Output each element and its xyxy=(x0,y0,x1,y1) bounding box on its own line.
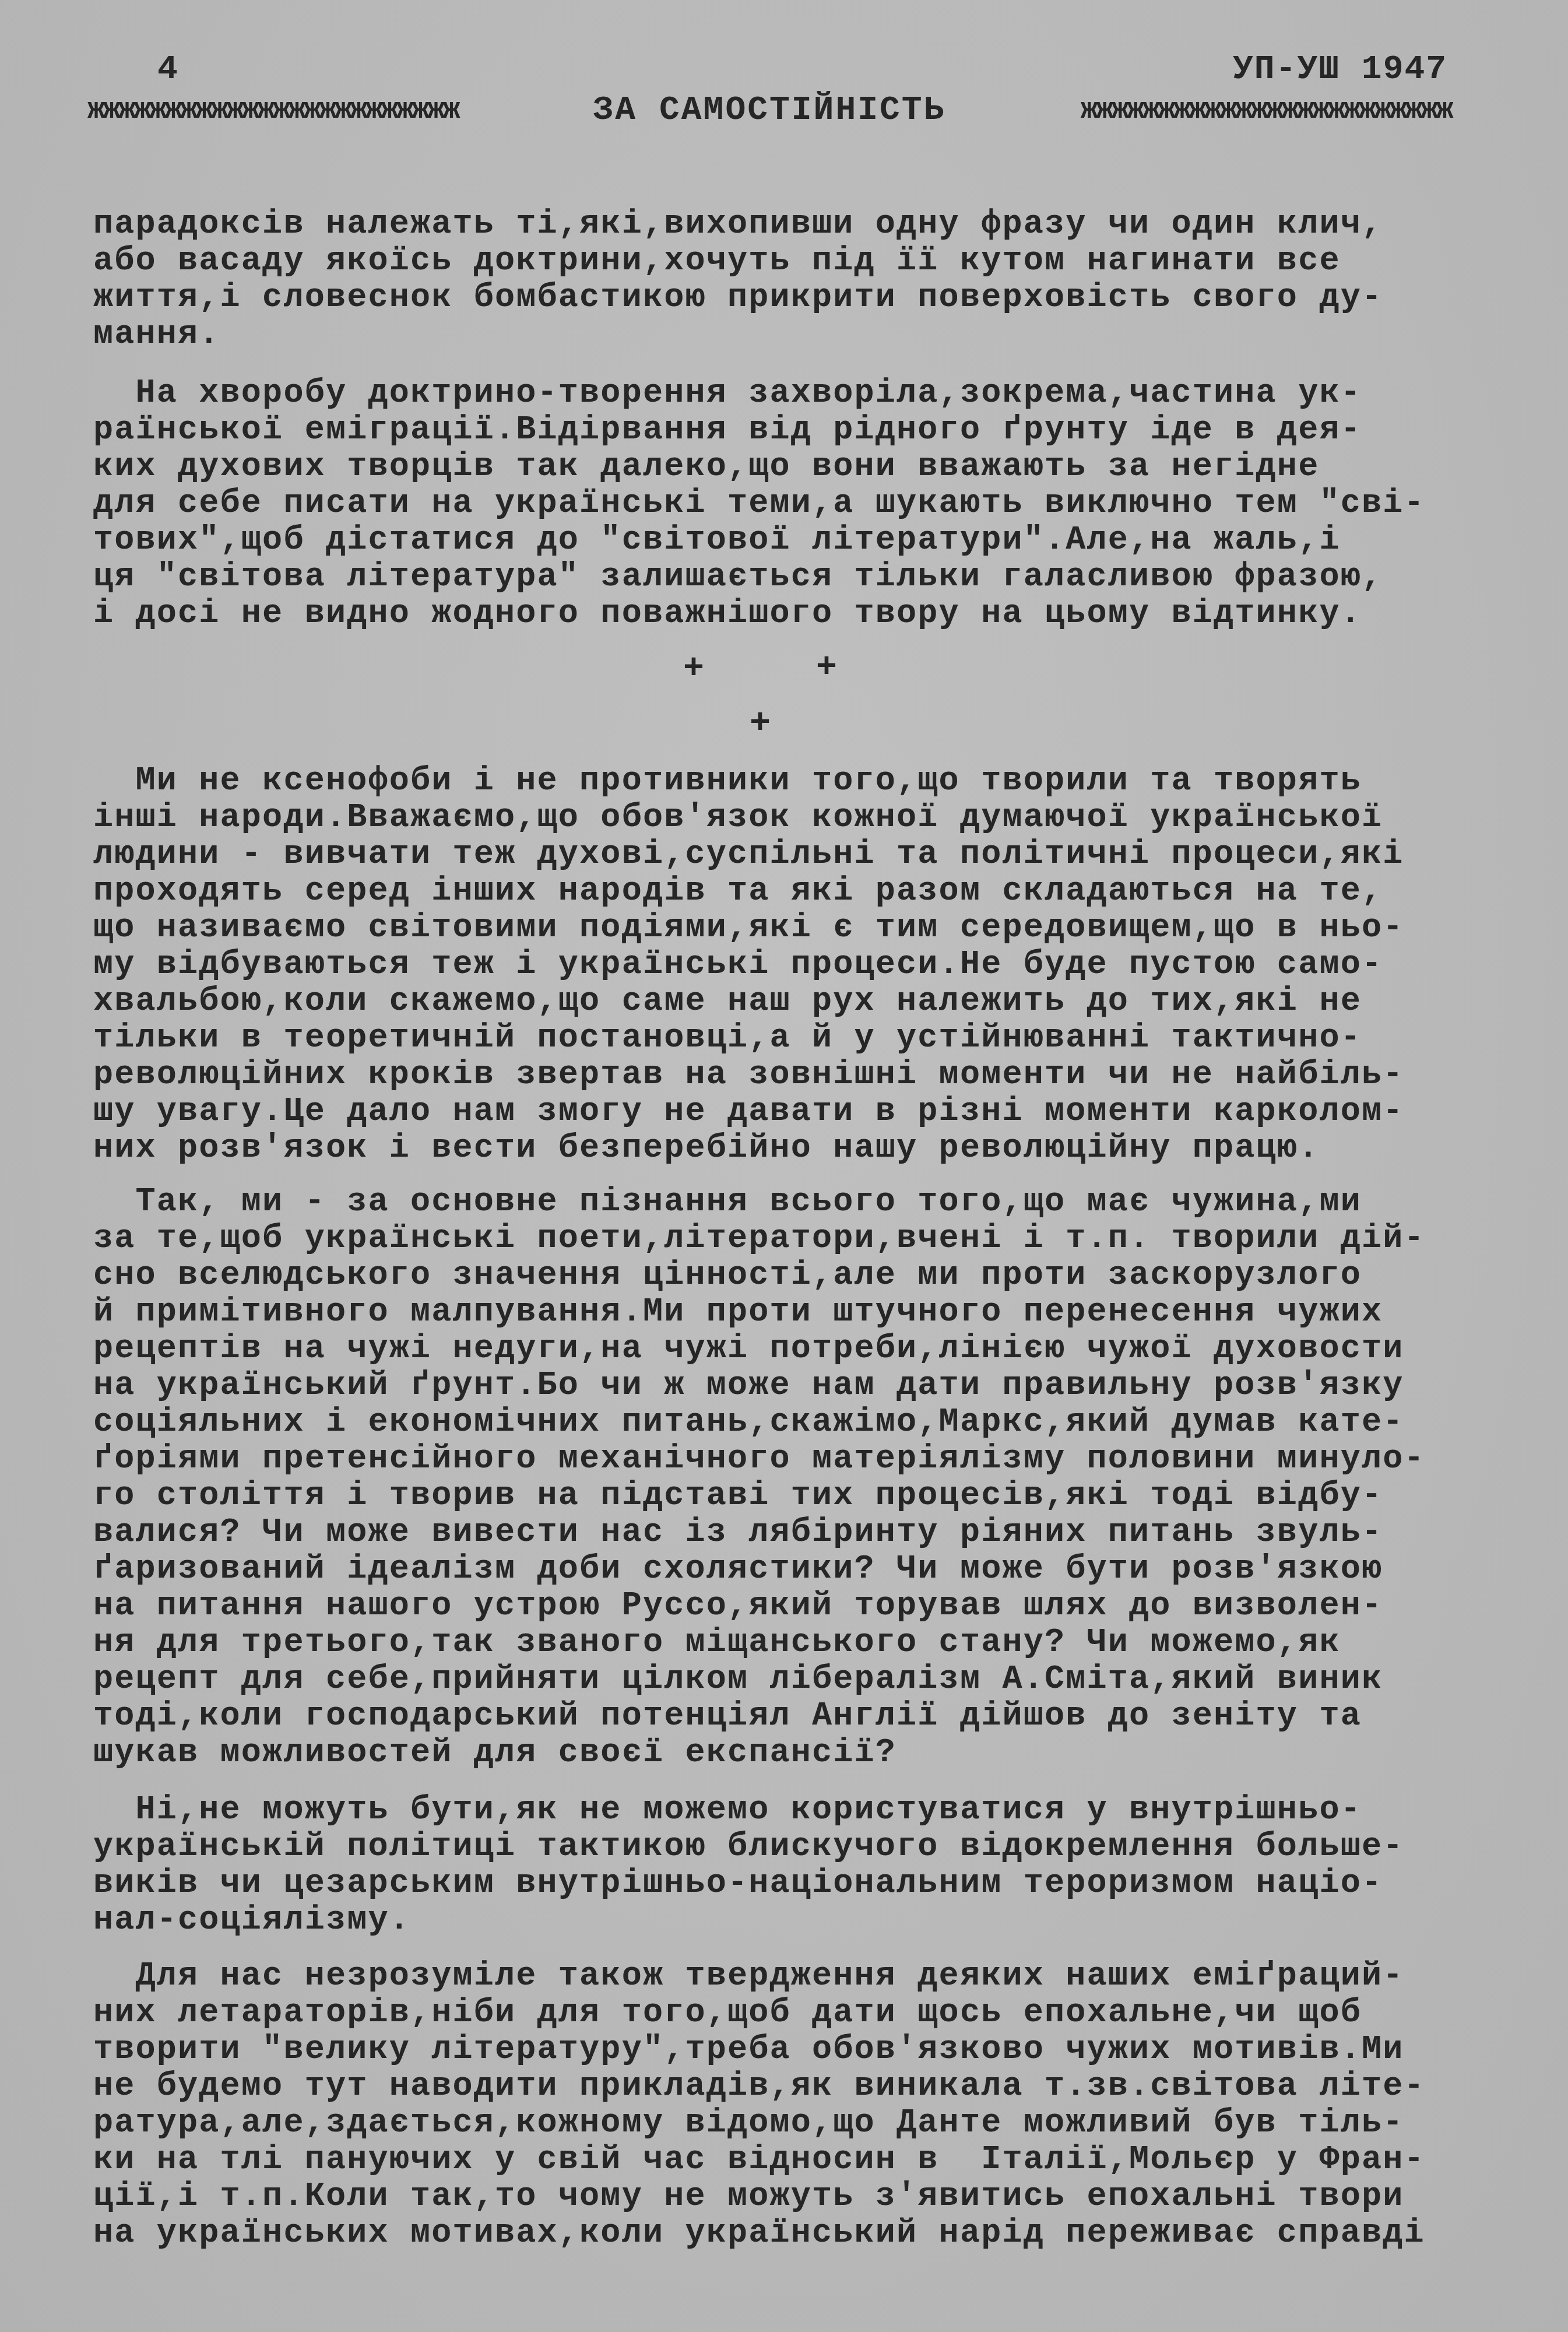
text-line: людини - вивчати теж духові,суспільні та… xyxy=(93,837,1404,872)
issue-date: УП-УШ 1947 xyxy=(1233,52,1447,87)
text-line: на український ґрунт.Бо чи ж може нам да… xyxy=(93,1368,1404,1403)
text-line: Для нас незрозуміле також твердження дея… xyxy=(93,1959,1404,1994)
text-line: соціяльних і економічних питань,скажімо,… xyxy=(93,1405,1404,1440)
text-line: виків чи цезарським внутрішньо-національ… xyxy=(93,1866,1383,1901)
text-line: му відбуваються теж і українські процеси… xyxy=(93,947,1383,982)
text-line: хвальбою,коли скажемо,що саме наш рух на… xyxy=(93,984,1362,1019)
text-line: парадоксів належать ті,які,вихопивши одн… xyxy=(93,207,1383,242)
text-line: за те,щоб українські поети,літератори,вч… xyxy=(93,1221,1425,1256)
text-line: й примітивного малпування.Ми проти штучн… xyxy=(93,1295,1383,1330)
text-line: або васаду якоїсь доктрини,хочуть під її… xyxy=(93,244,1341,279)
text-line: творити "велику літературу",треба обов'я… xyxy=(93,2032,1404,2067)
text-line: на українських мотивах,коли український … xyxy=(93,2216,1425,2251)
page-number: 4 xyxy=(157,52,178,87)
text-line: що називаємо світовими подіями,які є тим… xyxy=(93,911,1404,946)
text-line: мання. xyxy=(93,317,220,352)
ornament-right: жжжжжжжжжжжжжжжжжжжжжжжж xyxy=(1081,93,1451,128)
text-line: нал-соціялізму. xyxy=(93,1903,410,1938)
text-line: Ні,не можуть бути,як не можемо користува… xyxy=(93,1793,1362,1828)
text-line: шу увагу.Це дало нам змогу не давати в р… xyxy=(93,1094,1404,1129)
text-line: го століття і творив на підставі тих про… xyxy=(93,1478,1383,1513)
text-line: для себе писати на українські теми,а шук… xyxy=(93,486,1425,521)
text-line: На хворобу доктрино-творення захворіла,з… xyxy=(93,376,1362,411)
text-line: раїнської еміграції.Відірвання від рідно… xyxy=(93,413,1362,448)
text-line: валися? Чи може вивести нас із лябіринту… xyxy=(93,1515,1383,1550)
text-line: Ми не ксенофоби і не противники того,що … xyxy=(93,764,1362,799)
publication-title: ЗА САМОСТІЙНІСТЬ xyxy=(593,93,946,128)
text-line: ції,і т.п.Коли так,то чому не можуть з'я… xyxy=(93,2179,1404,2214)
text-line: і досі не видно жодного поважнішого твор… xyxy=(93,596,1362,631)
text-line: ґоріями претенсійного механічного матері… xyxy=(93,1442,1425,1477)
text-line: інші народи.Вважаємо,що обов'язок кожної… xyxy=(93,800,1383,835)
text-line: сно вселюдського значення цінності,але м… xyxy=(93,1258,1362,1293)
text-line: українській політиці тактикою блискучого… xyxy=(93,1829,1404,1864)
text-line: тових",щоб дістатися до "світової літера… xyxy=(93,523,1341,558)
text-line: Так, ми - за основне пізнання всього тог… xyxy=(93,1185,1362,1220)
document-page: 4 УП-УШ 1947 жжжжжжжжжжжжжжжжжжжжжжжж ЗА… xyxy=(0,0,1568,2332)
text-line: ґаризований ідеалізм доби схолястики? Чи… xyxy=(93,1552,1383,1587)
plus-mark: + xyxy=(816,651,837,686)
ornament-left: жжжжжжжжжжжжжжжжжжжжжжжж xyxy=(87,93,458,128)
text-line: проходять серед інших народів та які раз… xyxy=(93,874,1383,909)
text-line: ки на тлі пануючих у свій час відносин в… xyxy=(93,2143,1425,2178)
text-line: рецептів на чужі недуги,на чужі потреби,… xyxy=(93,1332,1404,1367)
text-line: шукав можливостей для своєї експансії? xyxy=(93,1736,896,1771)
text-line: революційних кроків звертав на зовнішні … xyxy=(93,1058,1404,1093)
text-line: тільки в теоретичній постановці,а й у ус… xyxy=(93,1021,1362,1056)
text-line: ратура,але,здається,кожному відомо,що Да… xyxy=(93,2106,1404,2141)
text-line: них розв'язок і вести безперебійно нашу … xyxy=(93,1131,1319,1166)
text-line: на питання нашого устрою Руссо,який тору… xyxy=(93,1589,1383,1624)
text-line: тоді,коли господарський потенціял Англії… xyxy=(93,1699,1362,1734)
text-line: рецепт для себе,прийняти цілком лібералі… xyxy=(93,1662,1383,1697)
text-line: них летараторів,ніби для того,щоб дати щ… xyxy=(93,1996,1362,2031)
text-line: ця "світова література" залишається тіль… xyxy=(93,560,1383,595)
plus-mark: + xyxy=(750,707,771,742)
text-line: не будемо тут наводити прикладів,як вини… xyxy=(93,2069,1425,2104)
masthead-rule: жжжжжжжжжжжжжжжжжжжжжжжж ЗА САМОСТІЙНІСТ… xyxy=(87,93,1451,128)
text-line: ких духових творців так далеко,що вони в… xyxy=(93,449,1319,484)
text-line: життя,і словеснок бомбастикою прикрити п… xyxy=(93,280,1383,315)
plus-mark: + xyxy=(683,652,704,687)
text-line: ня для третього,так званого міщанського … xyxy=(93,1625,1341,1660)
